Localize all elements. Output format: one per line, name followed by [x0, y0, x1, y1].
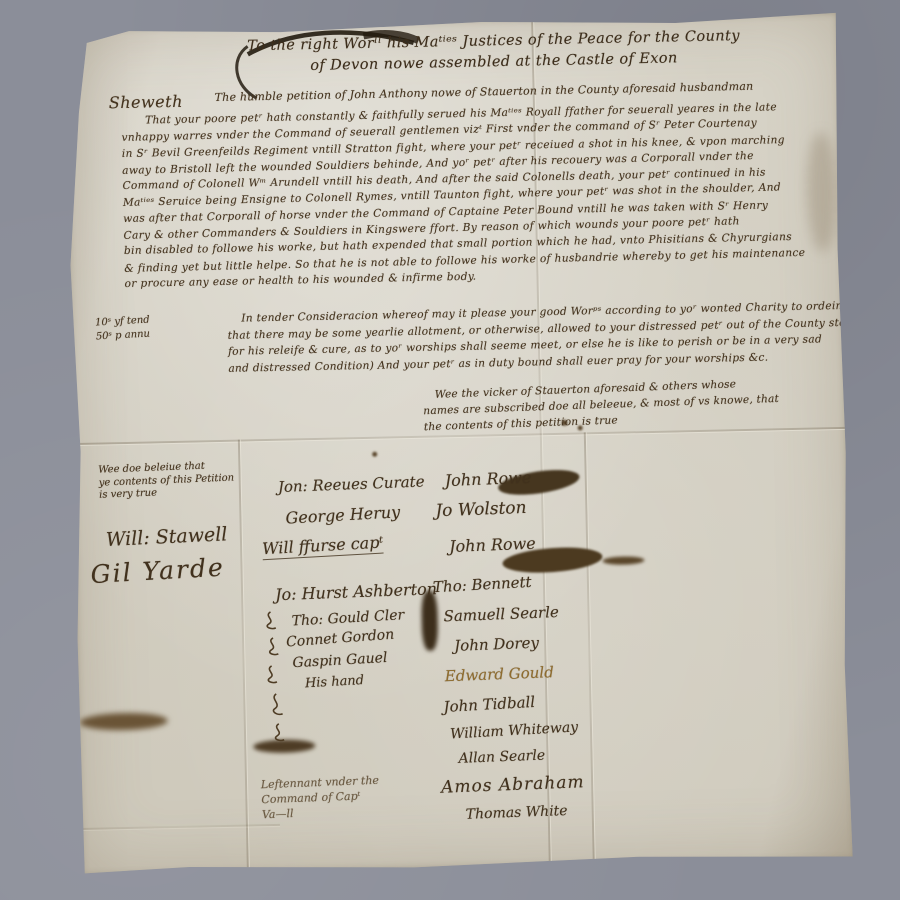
signature: Gaspin Gauel [292, 650, 388, 671]
signature: Jo: Hurst Ashberton [275, 579, 438, 604]
signature: Samuell Searle [443, 603, 559, 625]
signature: Will ffurse capᵗ [262, 533, 384, 561]
fold-crease-vertical-left [238, 440, 249, 873]
fold-crease-vertical-right [584, 432, 595, 865]
fox-spot [372, 452, 377, 457]
signature: Amos Abraham [441, 772, 585, 797]
sheweth-label: Sheweth [109, 92, 184, 113]
signature: George Heruy [285, 502, 401, 527]
signature: Will: Stawell [105, 523, 227, 551]
signature: John Dorey [454, 634, 539, 655]
signature: Edward Gould [445, 663, 555, 685]
fold-crease-bottom [80, 824, 280, 830]
signature: Jon: Reeues Curate [278, 472, 425, 496]
photo-background: { "colors": { "background": "#8b8e99", "… [0, 0, 900, 900]
attestation-note: Wee doe beleiue that ye contents of this… [98, 460, 235, 503]
pen-mark [267, 692, 286, 718]
signature: Allan Searle [458, 748, 545, 767]
fee-note-line-2: 50ˢ p annu [96, 328, 151, 345]
bottom-note: Leftennant vnder the Command of Capᵗ Va—… [261, 773, 381, 823]
signature: John Rowe [449, 534, 536, 556]
signature: William Whiteway [450, 719, 579, 742]
signature: Jo Wolston [435, 498, 527, 521]
pen-mark [261, 610, 279, 632]
petition-body: That your poore petʳ hath constantly & f… [121, 99, 806, 292]
signature: Gil Yarde [90, 553, 226, 589]
pen-mark [264, 636, 282, 658]
certificate-note: Wee the vicker of Stauerton aforesaid & … [422, 375, 779, 435]
dirt-smudge [80, 712, 168, 731]
signature: John Tidball [443, 693, 536, 716]
signature: Tho: Bennett [433, 573, 533, 596]
signature: John Rowe [444, 468, 531, 490]
edge-stain [806, 132, 839, 253]
ink-smear [602, 556, 644, 565]
bottom-note-line: Va—ll [262, 803, 381, 823]
ink-stain [421, 591, 438, 651]
signature: Thomas White [465, 803, 567, 823]
manuscript-paper: To the right Worˡˡ his Maᵗⁱᵉˢ Justices o… [63, 12, 856, 876]
petition-prayer: In tender Consideracion whereof may it p… [227, 298, 858, 377]
margin-fee-note: 10ˢ yf tend 50ˢ p annu [95, 314, 151, 345]
signature: Connet Gordon [286, 627, 395, 651]
pen-mark [263, 664, 281, 686]
signature: His hand [305, 673, 365, 691]
pen-mark [270, 722, 288, 744]
